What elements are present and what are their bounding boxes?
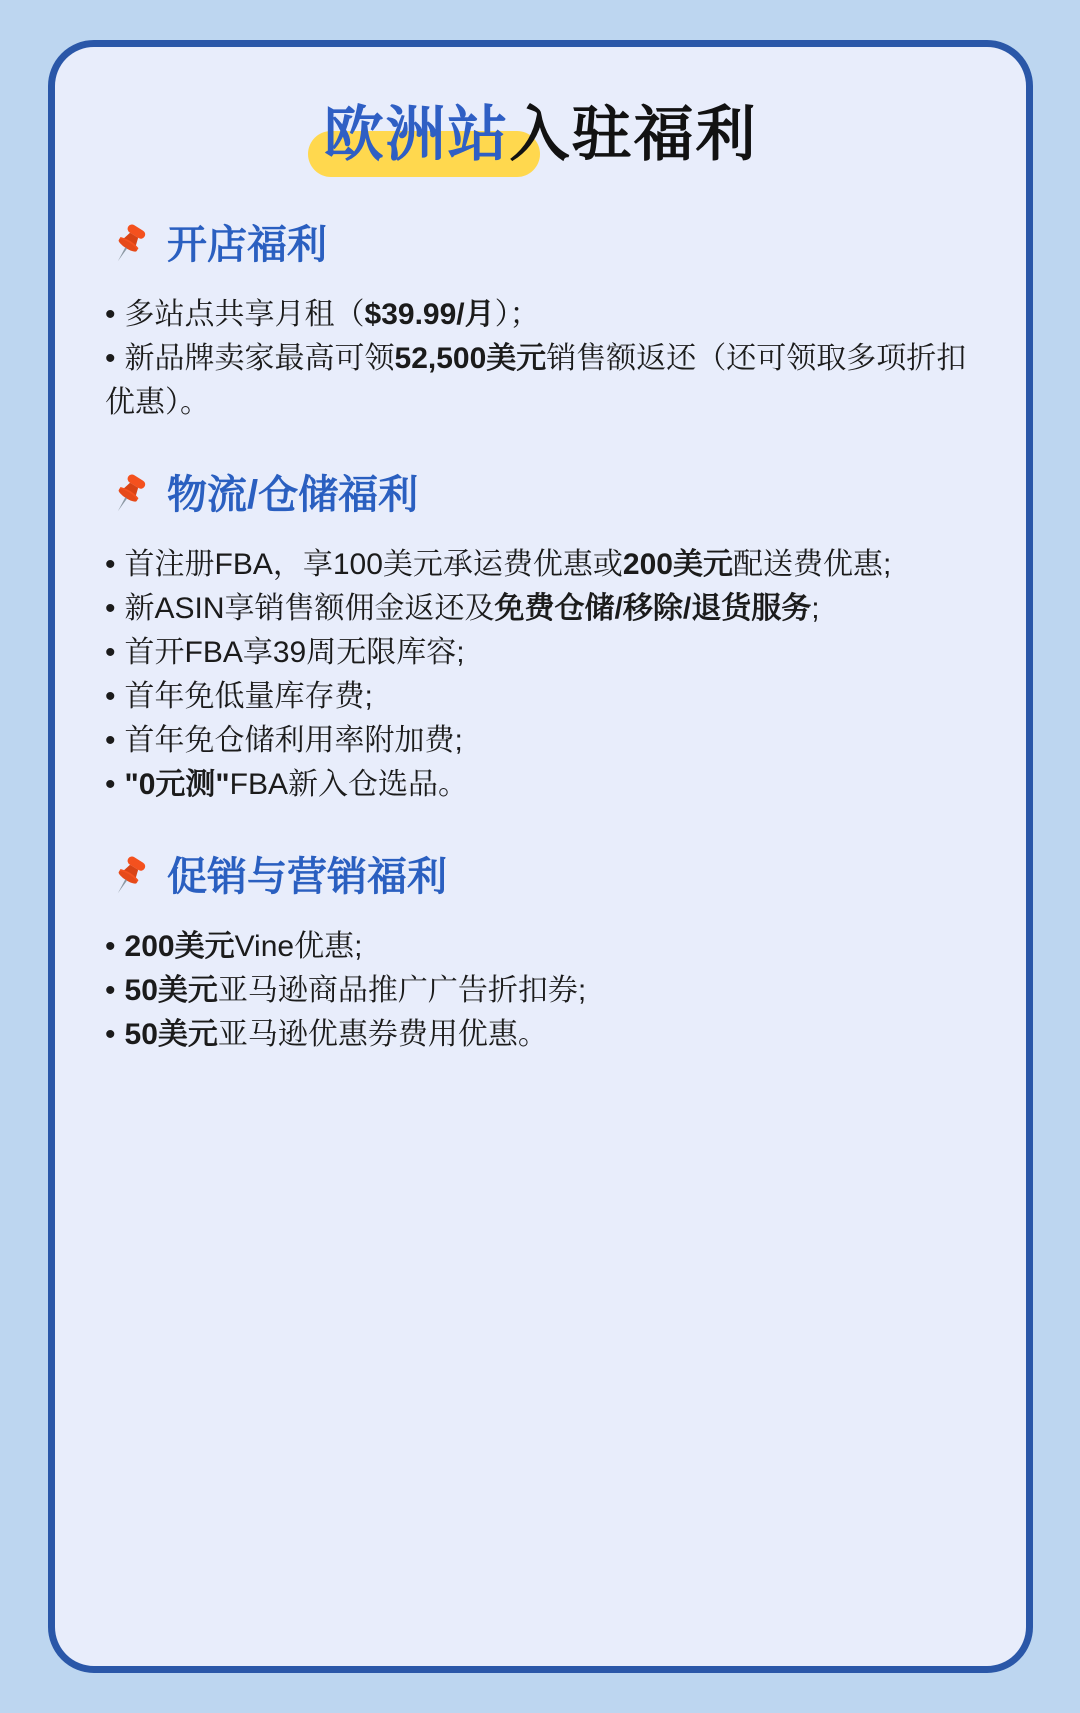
bullet-marker: • [105,680,116,713]
bullet-item: •首注册FBA，享100美元承运费优惠或200美元配送费优惠; [105,543,976,587]
section-title: 促销与营销福利 [167,853,447,901]
section-header: 促销与营销福利 [105,853,976,901]
bullet-text: 首开FBA享39周无限库容; [125,636,465,669]
bullet-item: •"0元测"FBA新入仓选品。 [105,763,976,807]
bullet-item: •首开FBA享39周无限库容; [105,631,976,675]
bullet-marker: • [105,1018,116,1051]
section-title: 开店福利 [167,221,327,269]
section-store-opening: 开店福利 •多站点共享月租（$39.99/月）； •新品牌卖家最高可领52,50… [105,221,976,425]
section-header: 物流/仓储福利 [105,471,976,519]
bullet-text: 200美元Vine优惠; [125,930,363,963]
bullet-marker: • [105,724,116,757]
bullet-text: 首年免低量库存费; [125,680,373,713]
bullet-list: •多站点共享月租（$39.99/月）； •新品牌卖家最高可领52,500美元销售… [105,293,976,425]
bullet-text: 首注册FBA，享100美元承运费优惠或200美元配送费优惠; [125,548,892,581]
page-background: { "page": { "background_color": "#bdd6f0… [0,0,1080,1713]
bullet-text: 50美元亚马逊商品推广广告折扣券; [125,974,587,1007]
pushpin-icon [105,472,151,518]
bullet-marker: • [105,548,116,581]
bullet-item: •多站点共享月租（$39.99/月）； [105,293,976,337]
bullet-marker: • [105,342,116,375]
bullet-marker: • [105,768,116,801]
bullet-marker: • [105,930,116,963]
bullet-text: 首年免仓储利用率附加费; [125,724,463,757]
bullet-item: •50美元亚马逊优惠券费用优惠。 [105,1013,976,1057]
bullet-text: 新品牌卖家最高可领52,500美元销售额返还（还可领取多项折扣优惠）。 [105,342,966,419]
pushpin-icon [105,854,151,900]
bullet-text: 50美元亚马逊优惠券费用优惠。 [125,1018,548,1051]
bullet-marker: • [105,298,116,331]
bullet-item: •首年免仓储利用率附加费; [105,719,976,763]
bullet-text: 新ASIN享销售额佣金返还及免费仓储/移除/退货服务; [125,592,820,625]
bullet-item: •200美元Vine优惠; [105,925,976,969]
benefits-card: 欧洲站 入驻福利 开店福利 •多站点共享月租（$39.99/月）； •新品牌卖家… [48,40,1033,1673]
bullet-marker: • [105,636,116,669]
page-title: 欧洲站 入驻福利 [105,99,976,171]
title-highlight: 欧洲站 [324,99,510,171]
section-promotion-marketing: 促销与营销福利 •200美元Vine优惠; •50美元亚马逊商品推广广告折扣券;… [105,853,976,1057]
pushpin-icon [105,222,151,268]
bullet-item: •首年免低量库存费; [105,675,976,719]
bullet-text: 多站点共享月租（$39.99/月）； [125,298,540,331]
bullet-item: •50美元亚马逊商品推广广告折扣券; [105,969,976,1013]
bullet-marker: • [105,592,116,625]
section-logistics-warehouse: 物流/仓储福利 •首注册FBA，享100美元承运费优惠或200美元配送费优惠; … [105,471,976,807]
bullet-list: •首注册FBA，享100美元承运费优惠或200美元配送费优惠; •新ASIN享销… [105,543,976,807]
bullet-item: •新ASIN享销售额佣金返还及免费仓储/移除/退货服务; [105,587,976,631]
bullet-item: •新品牌卖家最高可领52,500美元销售额返还（还可领取多项折扣优惠）。 [105,337,976,425]
section-header: 开店福利 [105,221,976,269]
bullet-marker: • [105,974,116,1007]
title-highlight-text: 欧洲站 [324,101,510,168]
section-title: 物流/仓储福利 [167,471,418,519]
bullet-text: "0元测"FBA新入仓选品。 [125,768,469,801]
bullet-list: •200美元Vine优惠; •50美元亚马逊商品推广广告折扣券; •50美元亚马… [105,925,976,1057]
title-rest-text: 入驻福利 [510,101,758,168]
